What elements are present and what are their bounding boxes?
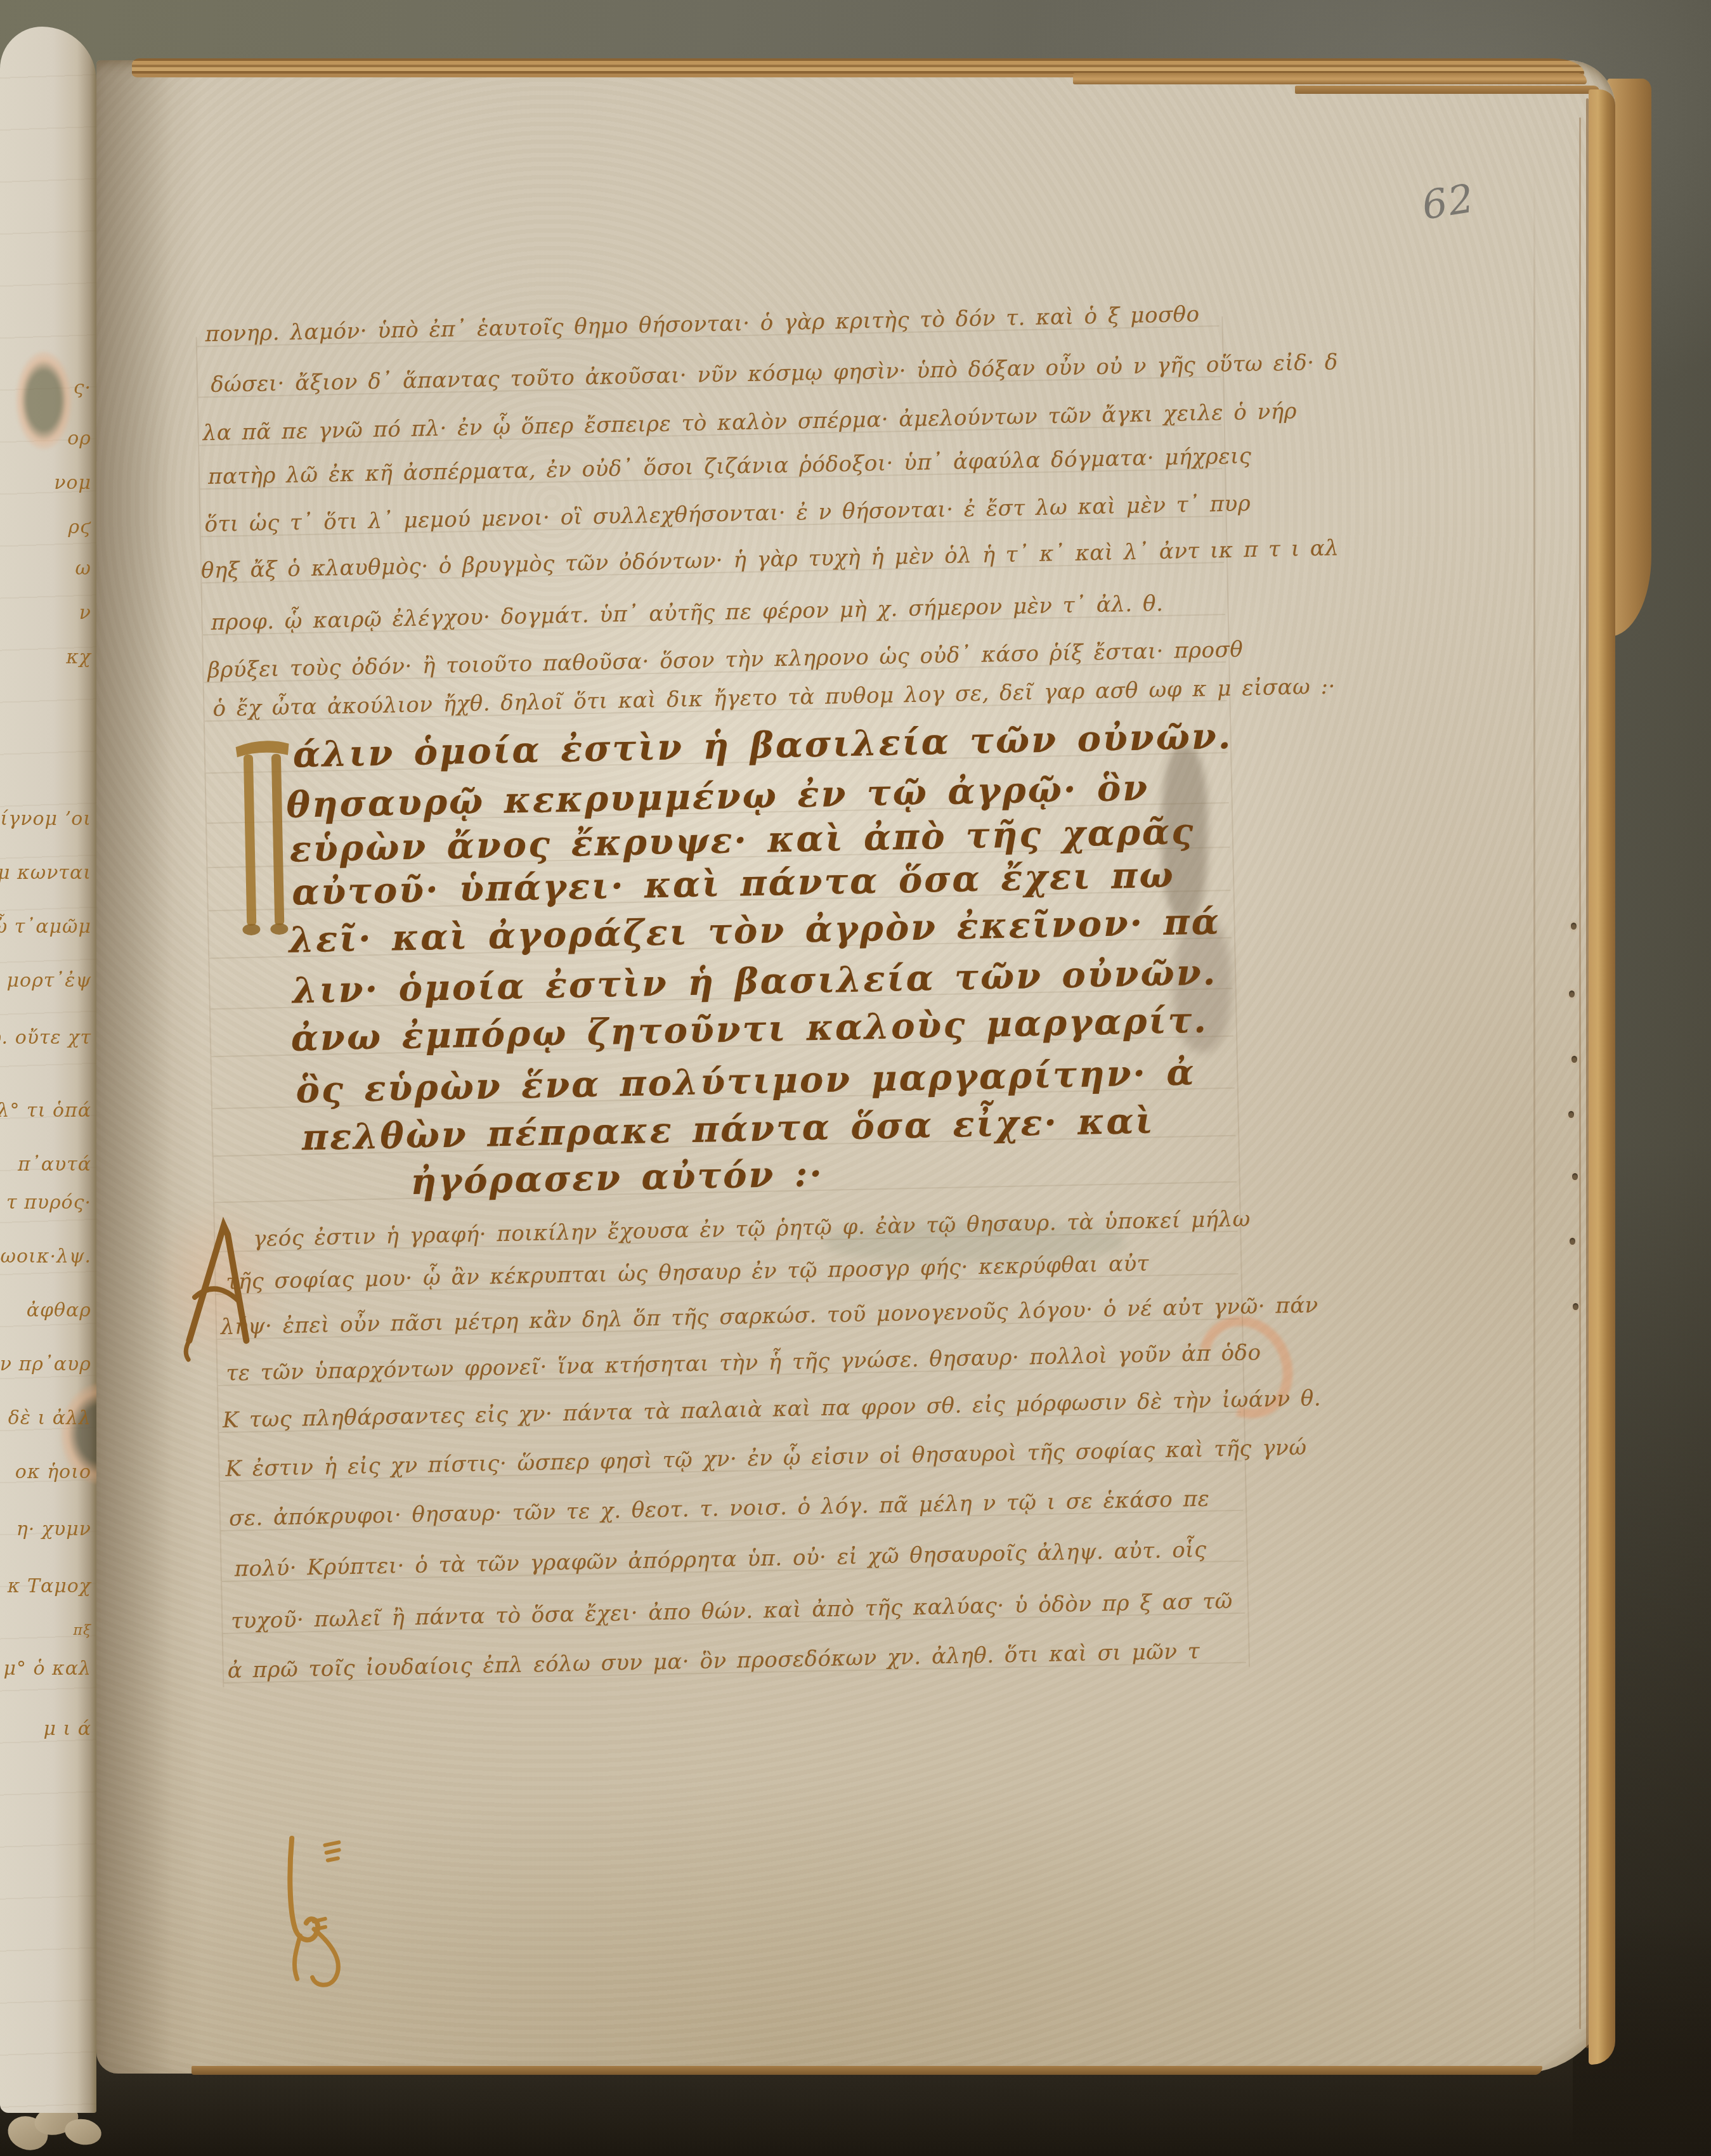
text-fragment: η· χυμν: [16, 1518, 91, 1540]
text-fragment: ν πρ᾽αυρ: [0, 1353, 91, 1375]
text-fragment: όμ κωνται: [0, 862, 91, 884]
gospel-text-block: άλιν ὁμοία ἐστὶν ἡ βασιλεία τῶν οὐνῶν. θ…: [77, 32, 1596, 63]
commentary-line: Κ ἐστιν ἡ εἰς χν πίστις· ὥσπερ φησὶ τῷ χ…: [225, 1435, 1307, 1482]
text-fragment: ωοικ·λψ.: [0, 1245, 91, 1268]
quire-mark-icon: [270, 1826, 375, 2008]
commentary-line: σε. ἀπόκρυφοι· θησαυρ· τῶν τε χ. θεοτ. τ…: [229, 1486, 1210, 1531]
commentary-bottom-block: γεός ἐστιν ἡ γραφή· ποικίλην ἔχουσα ἐν τ…: [77, 32, 1596, 63]
commentary-line: τε τῶν ὑπαρχόντων φρονεῖ· ἵνα κτήσηται τ…: [226, 1340, 1261, 1386]
commentary-line: λήψ· ἐπεὶ οὖν πᾶσι μέτρη κἂν δηλ ὅπ τῆς …: [221, 1292, 1319, 1340]
text-fragment: τ πυρός·: [6, 1192, 91, 1214]
commentary-line: Κ τως πληθάρσαντες εἰς χν· πάντα τὰ παλα…: [223, 1386, 1322, 1433]
commentary-line: βρύξει τοὺς ὀδόν· ἢ τοιοῦτο παθοῦσα· ὅσο…: [207, 637, 1244, 683]
commentary-line: θηξ ἄξ ὁ κλαυθμὸς· ὁ βρυγμὸς τῶν ὀδόντων…: [201, 535, 1339, 583]
text-fragment: οικίγνομ ʼοι: [0, 808, 91, 830]
commentary-line: τῆς σοφίας μου· ᾧ ἂν κέκρυπται ὡς θησαυρ…: [226, 1251, 1149, 1295]
text-fragment: πξ: [73, 1623, 91, 1639]
ruling-lines: [77, 32, 1596, 63]
text-fragment: λ° τι ὁπά: [0, 1100, 91, 1122]
commentary-line: τυχοῦ· πωλεῖ ἢ πάντα τὸ ὅσα ἔχει· ἀπο θώ…: [231, 1588, 1233, 1634]
commentary-line: προφ. ᾧ καιρῷ ἐλέγχου· δογμάτ. ὑπ᾽ αὐτῆς…: [211, 591, 1163, 635]
text-layer: πονηρ. λαμόν· ὑπὸ ἐπ᾽ ἑαυτοῖς θημο θήσον…: [77, 32, 1636, 2075]
gospel-closing-line: ἠγόρασεν αὐτόν :·: [410, 1153, 824, 1203]
gospel-line: άλιν ὁμοία ἐστὶν ἡ βασιλεία τῶν οὐνῶν.: [292, 715, 1233, 776]
text-fragment: ἀφθαρ: [27, 1299, 91, 1322]
manuscript-photograph: ς· ορ νομ ρϛ ω ν κχ οικίγνομ ʼοι όμ κωντ…: [0, 0, 1711, 2156]
commentary-line: ὁ ἔχ ὦτα ἀκούλιον ἤχθ. δηλοῖ ὅτι καὶ δικ…: [212, 674, 1336, 722]
manuscript-page: 62: [96, 60, 1615, 2074]
commentary-line: πατὴρ λῶ ἐκ κῆ ἀσπέρματα, ἐν οὐδ᾽ ὅσοι ζ…: [208, 443, 1252, 490]
initial-pi-icon: [233, 725, 296, 963]
text-fragment: οκ ἡοιο: [15, 1461, 91, 1483]
text-fragment: ἀ μορτ᾽ἐψ: [0, 970, 91, 992]
text-fragment: ὦ τ᾽αμῶμ: [0, 916, 91, 938]
left-page-edge: ς· ορ νομ ρϛ ω ν κχ οικίγνομ ʼοι όμ κωντ…: [0, 27, 96, 2113]
commentary-line: ὅτι ὡς τ᾽ ὅτι λ᾽ μεμού μενοι· οἳ συλλεχθ…: [204, 491, 1251, 537]
commentary-line: λα πᾶ πε γνῶ πό πλ· ἐν ᾧ ὅπερ ἔσπειρε τὸ…: [202, 399, 1297, 446]
ink-stain: [16, 351, 72, 450]
commentary-top-block: πονηρ. λαμόν· ὑπὸ ἐπ᾽ ἑαυτοῖς θημο θήσον…: [77, 32, 1596, 63]
text-fragment: κ Ταμοχ: [8, 1575, 91, 1597]
text-fragment: κχ: [66, 646, 91, 668]
text-fragment: φ. οὔτε χτ: [0, 1027, 91, 1049]
text-fragment: π᾽αυτά: [18, 1153, 91, 1176]
commentary-line: γεός ἐστιν ἡ γραφή· ποικίλην ἔχουσα ἐν τ…: [253, 1206, 1251, 1252]
commentary-line: πονηρ. λαμόν· ὑπὸ ἐπ᾽ ἑαυτοῖς θημο θήσον…: [205, 302, 1200, 347]
text-fragment: μ ι ά: [43, 1718, 91, 1740]
commentary-line: δώσει· ἄξιον δ᾽ ἅπαντας τοῦτο ἀκοῦσαι· ν…: [211, 349, 1338, 398]
text-fragment: μ° ὁ καλ: [3, 1658, 91, 1680]
commentary-line: πολύ· Κρύπτει· ὁ τὰ τῶν γραφῶν ἀπόρρητα …: [234, 1537, 1207, 1582]
text-fragment: δὲ ι ἀλλ: [8, 1407, 91, 1429]
gospel-line: πελθὼν πέπρακε πάντα ὅσα εἶχε· καὶ: [301, 1100, 1155, 1159]
commentary-line: ἀ πρῶ τοῖς ἰουδαίοις ἐπλ εόλω συν μα· ὃν…: [227, 1639, 1200, 1684]
